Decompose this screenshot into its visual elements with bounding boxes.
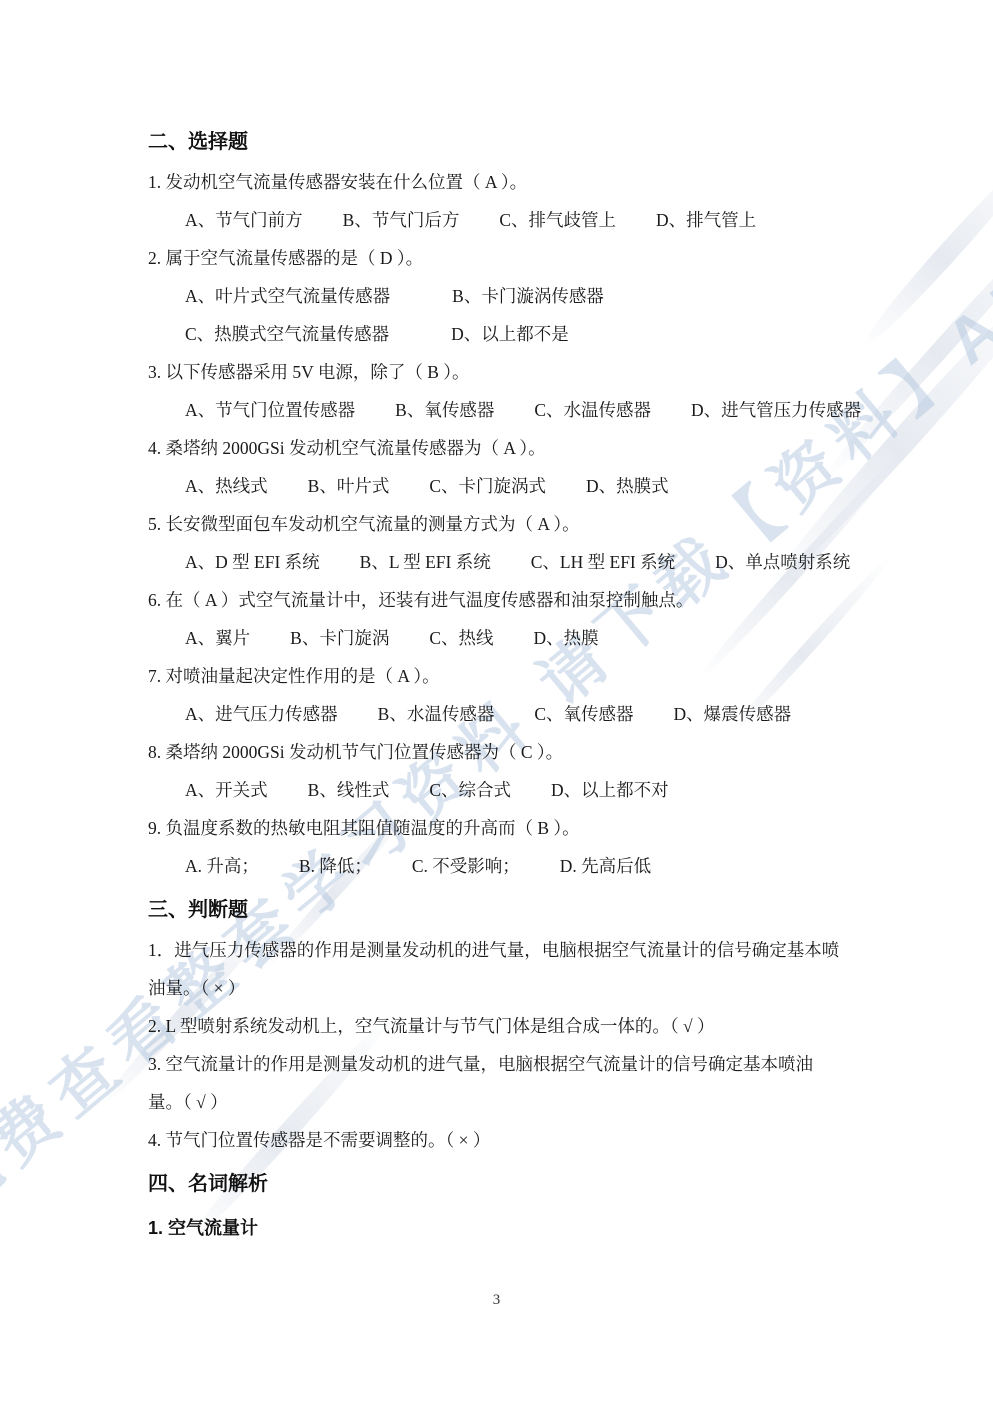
question-line: 1. 发动机空气流量传感器安装在什么位置（ A ）。: [148, 162, 863, 200]
question-line: 4. 桑塔纳 2000GSi 发动机空气流量传感器为（ A ）。: [148, 428, 863, 466]
option-item: B、卡门旋涡: [290, 625, 389, 650]
question-line: 2. L 型喷射系统发动机上，空气流量计与节气门体是组合成一体的。（ √ ）: [148, 1006, 863, 1044]
option-item: A、开关式: [185, 777, 268, 802]
option-item: C、热膜式空气流量传感器: [185, 321, 389, 346]
option-item: D、热膜: [534, 625, 599, 650]
option-item: C、综合式: [429, 777, 511, 802]
option-item: B. 降低；: [299, 853, 372, 878]
question-line: 量。（ √ ）: [148, 1082, 863, 1120]
option-item: C、LH 型 EFI 系统: [531, 549, 675, 574]
option-item: A、进气压力传感器: [185, 701, 338, 726]
option-item: D、以上都不对: [551, 777, 669, 802]
document-content: 二、选择题1. 发动机空气流量传感器安装在什么位置（ A ）。A、节气门前方B、…: [148, 116, 863, 1250]
option-item: B、氧传感器: [395, 397, 494, 422]
option-item: B、水温传感器: [378, 701, 495, 726]
option-line: A、进气压力传感器B、水温传感器C、氧传感器D、爆震传感器: [148, 694, 863, 732]
option-line: A、开关式B、线性式C、综合式D、以上都不对: [148, 770, 863, 808]
question-line: 油量。（ × ）: [148, 968, 863, 1006]
option-line: A、D 型 EFI 系统B、L 型 EFI 系统C、LH 型 EFI 系统D、单…: [148, 542, 863, 580]
option-line: A、叶片式空气流量传感器B、卡门漩涡传感器: [148, 276, 863, 314]
option-line: C、热膜式空气流量传感器D、以上都不是: [148, 314, 863, 352]
option-item: A. 升高；: [185, 853, 259, 878]
option-item: D. 先高后低: [560, 853, 651, 878]
option-item: C、排气歧管上: [499, 207, 616, 232]
question-line: 3. 以下传感器采用 5V 电源，除了（ B ）。: [148, 352, 863, 390]
section-heading: 二、选择题: [148, 116, 863, 162]
option-item: B、叶片式: [308, 473, 390, 498]
option-item: D、进气管压力传感器: [691, 397, 861, 422]
option-line: A、节气门位置传感器B、氧传感器C、水温传感器D、进气管压力传感器: [148, 390, 863, 428]
question-line: 7. 对喷油量起决定性作用的是（ A ）。: [148, 656, 863, 694]
option-item: D、单点喷射系统: [715, 549, 850, 574]
option-line: A、翼片B、卡门旋涡C、热线D、热膜: [148, 618, 863, 656]
option-item: C、水温传感器: [534, 397, 651, 422]
option-item: A、节气门前方: [185, 207, 303, 232]
section-heading: 三、判断题: [148, 884, 863, 930]
option-item: C. 不受影响；: [412, 853, 520, 878]
question-line: 4. 节气门位置传感器是不需要调整的。（ × ）: [148, 1120, 863, 1158]
question-line: 8. 桑塔纳 2000GSi 发动机节气门位置传感器为（ C ）。: [148, 732, 863, 770]
question-line: 1．进气压力传感器的作用是测量发动机的进气量，电脑根据空气流量计的信号确定基本喷: [148, 930, 863, 968]
option-item: D、以上都不是: [451, 321, 569, 346]
document-page: 免费查看整套学习资料 请下载【资料】APP 二、选择题1. 发动机空气流量传感器…: [0, 0, 993, 1404]
option-item: B、节气门后方: [343, 207, 460, 232]
option-item: A、节气门位置传感器: [185, 397, 355, 422]
question-line: 6. 在（ A ）式空气流量计中，还装有进气温度传感器和油泵控制触点。: [148, 580, 863, 618]
option-item: D、排气管上: [656, 207, 756, 232]
option-item: C、卡门旋涡式: [429, 473, 546, 498]
option-item: A、翼片: [185, 625, 250, 650]
option-item: C、氧传感器: [534, 701, 633, 726]
question-line: 9. 负温度系数的热敏电阻其阻值随温度的升高而（ B ）。: [148, 808, 863, 846]
question-line: 2. 属于空气流量传感器的是（ D ）。: [148, 238, 863, 276]
page-number: 3: [0, 1292, 993, 1309]
option-line: A. 升高；B. 降低；C. 不受影响；D. 先高后低: [148, 846, 863, 884]
option-line: A、热线式B、叶片式C、卡门旋涡式D、热膜式: [148, 466, 863, 504]
option-line: A、节气门前方B、节气门后方C、排气歧管上D、排气管上: [148, 200, 863, 238]
section-heading: 四、名词解析: [148, 1158, 863, 1204]
option-item: B、线性式: [308, 777, 390, 802]
option-item: B、卡门漩涡传感器: [452, 283, 604, 308]
question-line: 3. 空气流量计的作用是测量发动机的进气量，电脑根据空气流量计的信号确定基本喷油: [148, 1044, 863, 1082]
option-item: A、叶片式空气流量传感器: [185, 283, 390, 308]
watermark-streak: [856, 147, 993, 354]
option-item: D、爆震传感器: [674, 701, 792, 726]
option-item: C、热线: [429, 625, 493, 650]
option-item: A、热线式: [185, 473, 268, 498]
option-item: D、热膜式: [586, 473, 669, 498]
option-item: B、L 型 EFI 系统: [360, 549, 491, 574]
question-line: 5. 长安微型面包车发动机空气流量的测量方式为（ A ）。: [148, 504, 863, 542]
term-line: 1. 空气流量计: [148, 1204, 863, 1250]
option-item: A、D 型 EFI 系统: [185, 549, 320, 574]
